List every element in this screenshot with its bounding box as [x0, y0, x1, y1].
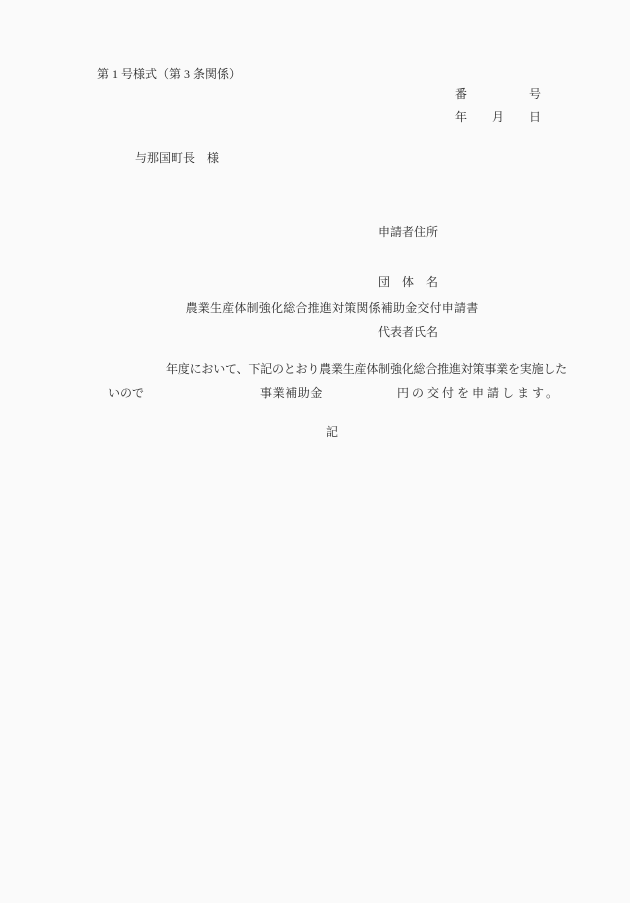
day-label: 日 [529, 110, 541, 124]
form-number-label: 第 1 号様式（第 3 条関係） [97, 67, 241, 81]
subsidy-amount-blank [326, 386, 394, 400]
document-date-line: 年 月 日 [455, 110, 541, 124]
number-unit-label: 号 [529, 87, 541, 101]
applicant-representative-label: 代表者氏名 [378, 321, 438, 343]
project-name-blank [150, 386, 256, 400]
applicant-address-label: 申請者住所 [378, 221, 438, 243]
fiscal-year-blank [97, 362, 163, 376]
document-number-blank [473, 87, 523, 101]
body-line-2-start: いので [108, 386, 144, 400]
month-label: 月 [492, 110, 504, 124]
addressee-line: 与那国町長 様 [135, 151, 219, 165]
ki-heading: 記 [97, 425, 567, 439]
subsidy-label: 事業補助金 [260, 386, 323, 400]
year-label: 年 [455, 110, 467, 124]
applicant-organization-label: 団 体 名 [378, 271, 438, 293]
number-label: 番 [455, 87, 467, 101]
body-line-2-end: 円の交付を申請します。 [397, 386, 561, 400]
applicant-block: 申請者住所 団 体 名 代表者氏名 [378, 193, 438, 371]
document-title: 農業生産体制強化総合推進対策関係補助金交付申請書 [97, 301, 567, 315]
body-line-1: 年度において、下記のとおり農業生産体制強化総合推進対策事業を実施した [166, 362, 567, 376]
document-number-line: 番 号 [455, 87, 541, 101]
document-page: 第 1 号様式（第 3 条関係） 番 号 年 月 日 与那国町長 様 申請者住所… [0, 0, 630, 903]
